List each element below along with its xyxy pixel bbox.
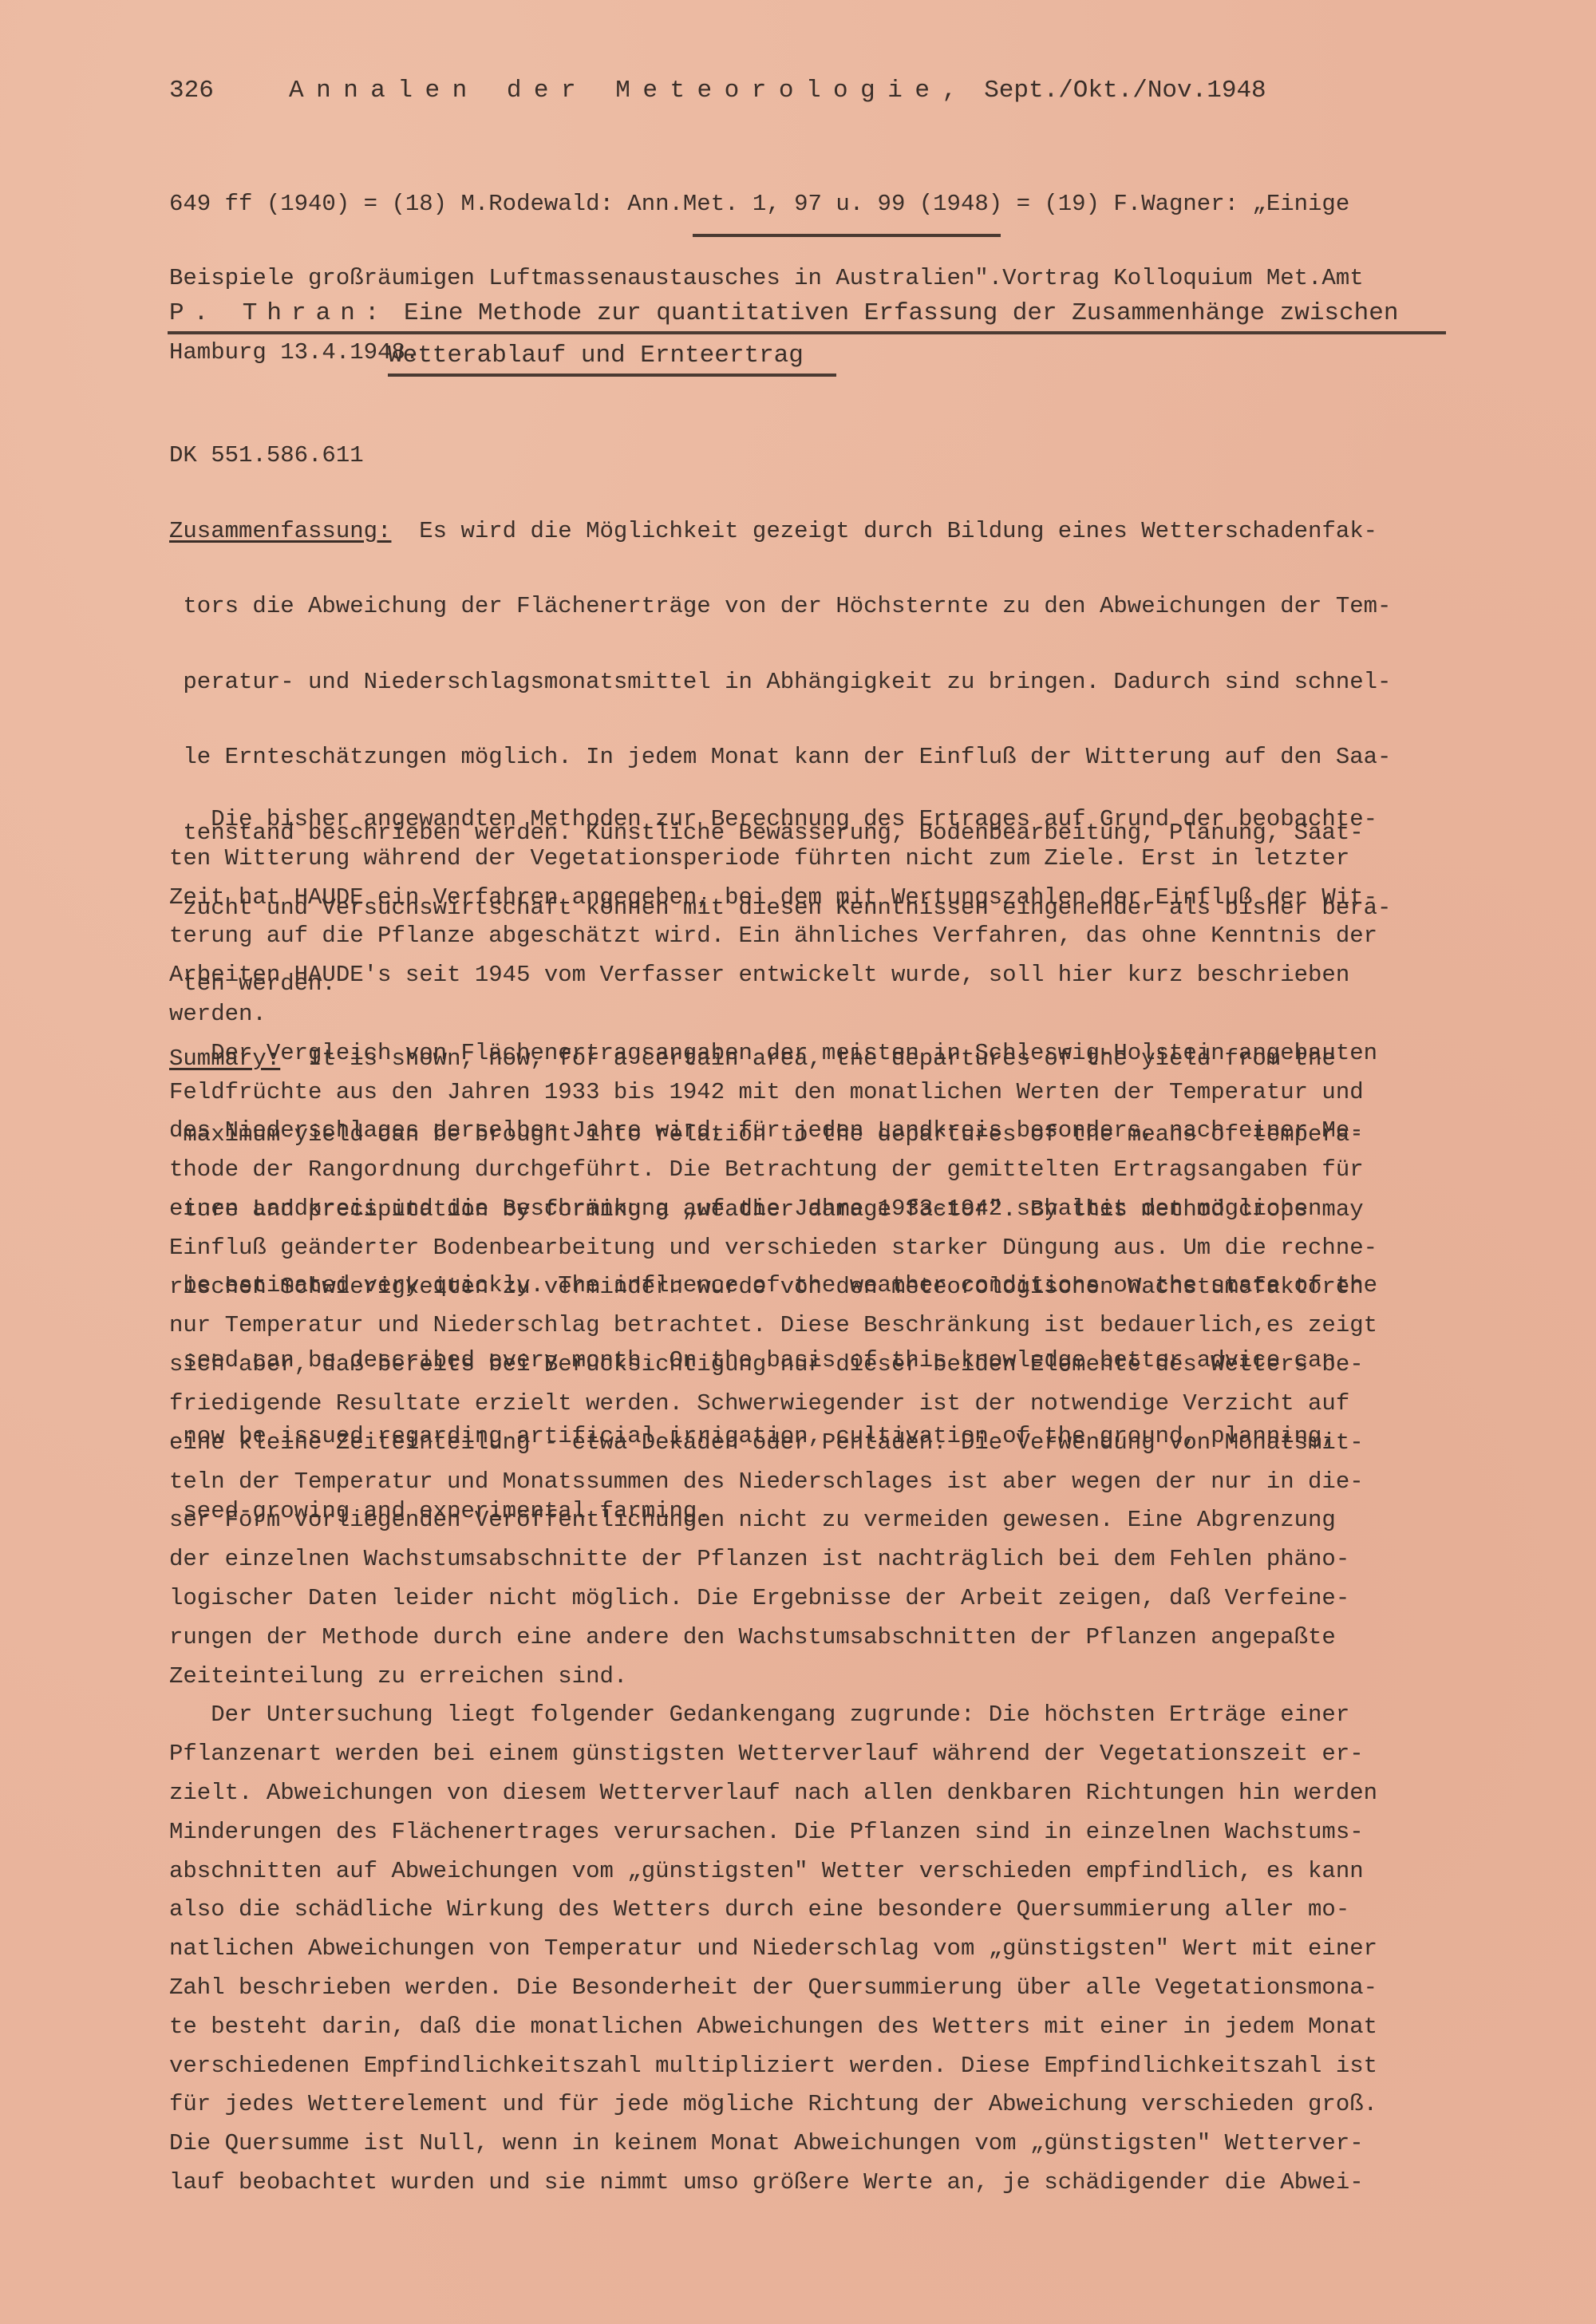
- body-line: Zeiteinteilung zu erreichen sind.: [169, 1658, 1377, 1697]
- body-line: verschiedenen Empfindlichkeitszahl multi…: [169, 2047, 1377, 2086]
- body-line: der einzelnen Wachstumsabschnitte der Pf…: [169, 1540, 1377, 1579]
- body-line: Die bisher angewandten Methoden zur Bere…: [169, 800, 1377, 840]
- body-line: eine kleine Zeiteinteilung - etwa Dekade…: [169, 1424, 1377, 1463]
- zusammenfassung-line: peratur- und Niederschlagsmonatsmittel i…: [169, 670, 1391, 695]
- body-line: Pflanzenart werden bei einem günstigsten…: [169, 1735, 1377, 1774]
- body-line: friedigende Resultate erzielt werden. Sc…: [169, 1385, 1377, 1424]
- body-line: für jedes Wetterelement und für jede mög…: [169, 2085, 1377, 2124]
- journal-name: Annalen der Meteorologie,: [289, 77, 970, 105]
- body-line: ten Witterung während der Vegetationsper…: [169, 840, 1377, 879]
- document-page: 326Annalen der Meteorologie, Sept./Okt./…: [0, 0, 1596, 2324]
- body-line: rischen Schwierigkeiten zu vermindern wu…: [169, 1268, 1377, 1307]
- body-line: des Niederschlages derselben Jahre wird,…: [169, 1112, 1377, 1151]
- title-underline: [168, 331, 1446, 334]
- body-line: lauf beobachtet wurden und sie nimmt ums…: [169, 2164, 1377, 2203]
- body-line: sich aber, daß bereits bei Berücksichtig…: [169, 1346, 1377, 1385]
- article-title-line-2: Wetterablauf und Ernteertrag: [388, 342, 804, 370]
- zusammenfassung-label: Zusammenfassung:: [169, 518, 391, 544]
- body-line: rungen der Methode durch eine andere den…: [169, 1618, 1377, 1658]
- zusammenfassung-line: Zusammenfassung: Es wird die Möglichkeit…: [169, 519, 1391, 544]
- reference-line: 649 ff (1940) = (18) M.Rodewald: Ann.Met…: [169, 192, 1364, 216]
- title-underline: [388, 373, 836, 377]
- dk-classification: DK 551.586.611: [169, 443, 1391, 468]
- article-title: Eine Methode zur quantitativen Erfassung…: [404, 299, 1398, 327]
- body-line: werden.: [169, 995, 1377, 1034]
- body-line: terung auf die Pflanze abgeschätzt wird.…: [169, 917, 1377, 956]
- body-line: zielt. Abweichungen von diesem Wetterver…: [169, 1774, 1377, 1813]
- body-line: Arbeiten HAUDE's seit 1945 vom Verfasser…: [169, 956, 1377, 995]
- reference-line: Beispiele großräumigen Luftmassenaustaus…: [169, 266, 1364, 290]
- body-line: Zeit hat HAUDE ein Verfahren angegeben, …: [169, 879, 1377, 918]
- body-line: logischer Daten leider nicht möglich. Di…: [169, 1579, 1377, 1618]
- body-line: abschnitten auf Abweichungen vom „günsti…: [169, 1852, 1377, 1891]
- zusammenfassung-line: tors die Abweichung der Flächenerträge v…: [169, 594, 1391, 619]
- article-title-line-1: P. Thran: Eine Methode zur quantitativen…: [169, 299, 1398, 327]
- article-author: P. Thran:: [169, 299, 389, 327]
- zusammenfassung-line: le Ernteschätzungen möglich. In jedem Mo…: [169, 745, 1391, 770]
- body-line: Minderungen des Flächenertrages verursac…: [169, 1813, 1377, 1852]
- body-line: Der Untersuchung liegt folgender Gedanke…: [169, 1696, 1377, 1735]
- body-line: Der Vergleich von Flächenertragsangaben …: [169, 1034, 1377, 1073]
- body-line: thode der Rangordnung durchgeführt. Die …: [169, 1151, 1377, 1190]
- body-line: teln der Temperatur und Monatssummen des…: [169, 1463, 1377, 1502]
- body-line: ser Form vorliegenden Veröffentlichungen…: [169, 1501, 1377, 1540]
- body-line: nur Temperatur und Niederschlag betracht…: [169, 1306, 1377, 1346]
- section-divider: [693, 234, 1001, 237]
- body-line: Die Quersumme ist Null, wenn in keinem M…: [169, 2124, 1377, 2164]
- body-line: Zahl beschrieben werden. Die Besonderhei…: [169, 1969, 1377, 2008]
- body-line: einen Landkreis und die Beschränkung auf…: [169, 1190, 1377, 1229]
- body-text: Die bisher angewandten Methoden zur Bere…: [169, 800, 1377, 2203]
- running-header: 326Annalen der Meteorologie, Sept./Okt./…: [169, 77, 1266, 105]
- page-number: 326: [169, 77, 289, 105]
- body-line: Feldfrüchte aus den Jahren 1933 bis 1942…: [169, 1073, 1377, 1113]
- body-line: Einfluß geänderter Bodenbearbeitung und …: [169, 1229, 1377, 1268]
- body-line: natlichen Abweichungen von Temperatur un…: [169, 1930, 1377, 1969]
- body-line: te besteht darin, daß die monatlichen Ab…: [169, 2008, 1377, 2047]
- body-line: also die schädliche Wirkung des Wetters …: [169, 1891, 1377, 1930]
- issue-date: Sept./Okt./Nov.1948: [984, 77, 1266, 105]
